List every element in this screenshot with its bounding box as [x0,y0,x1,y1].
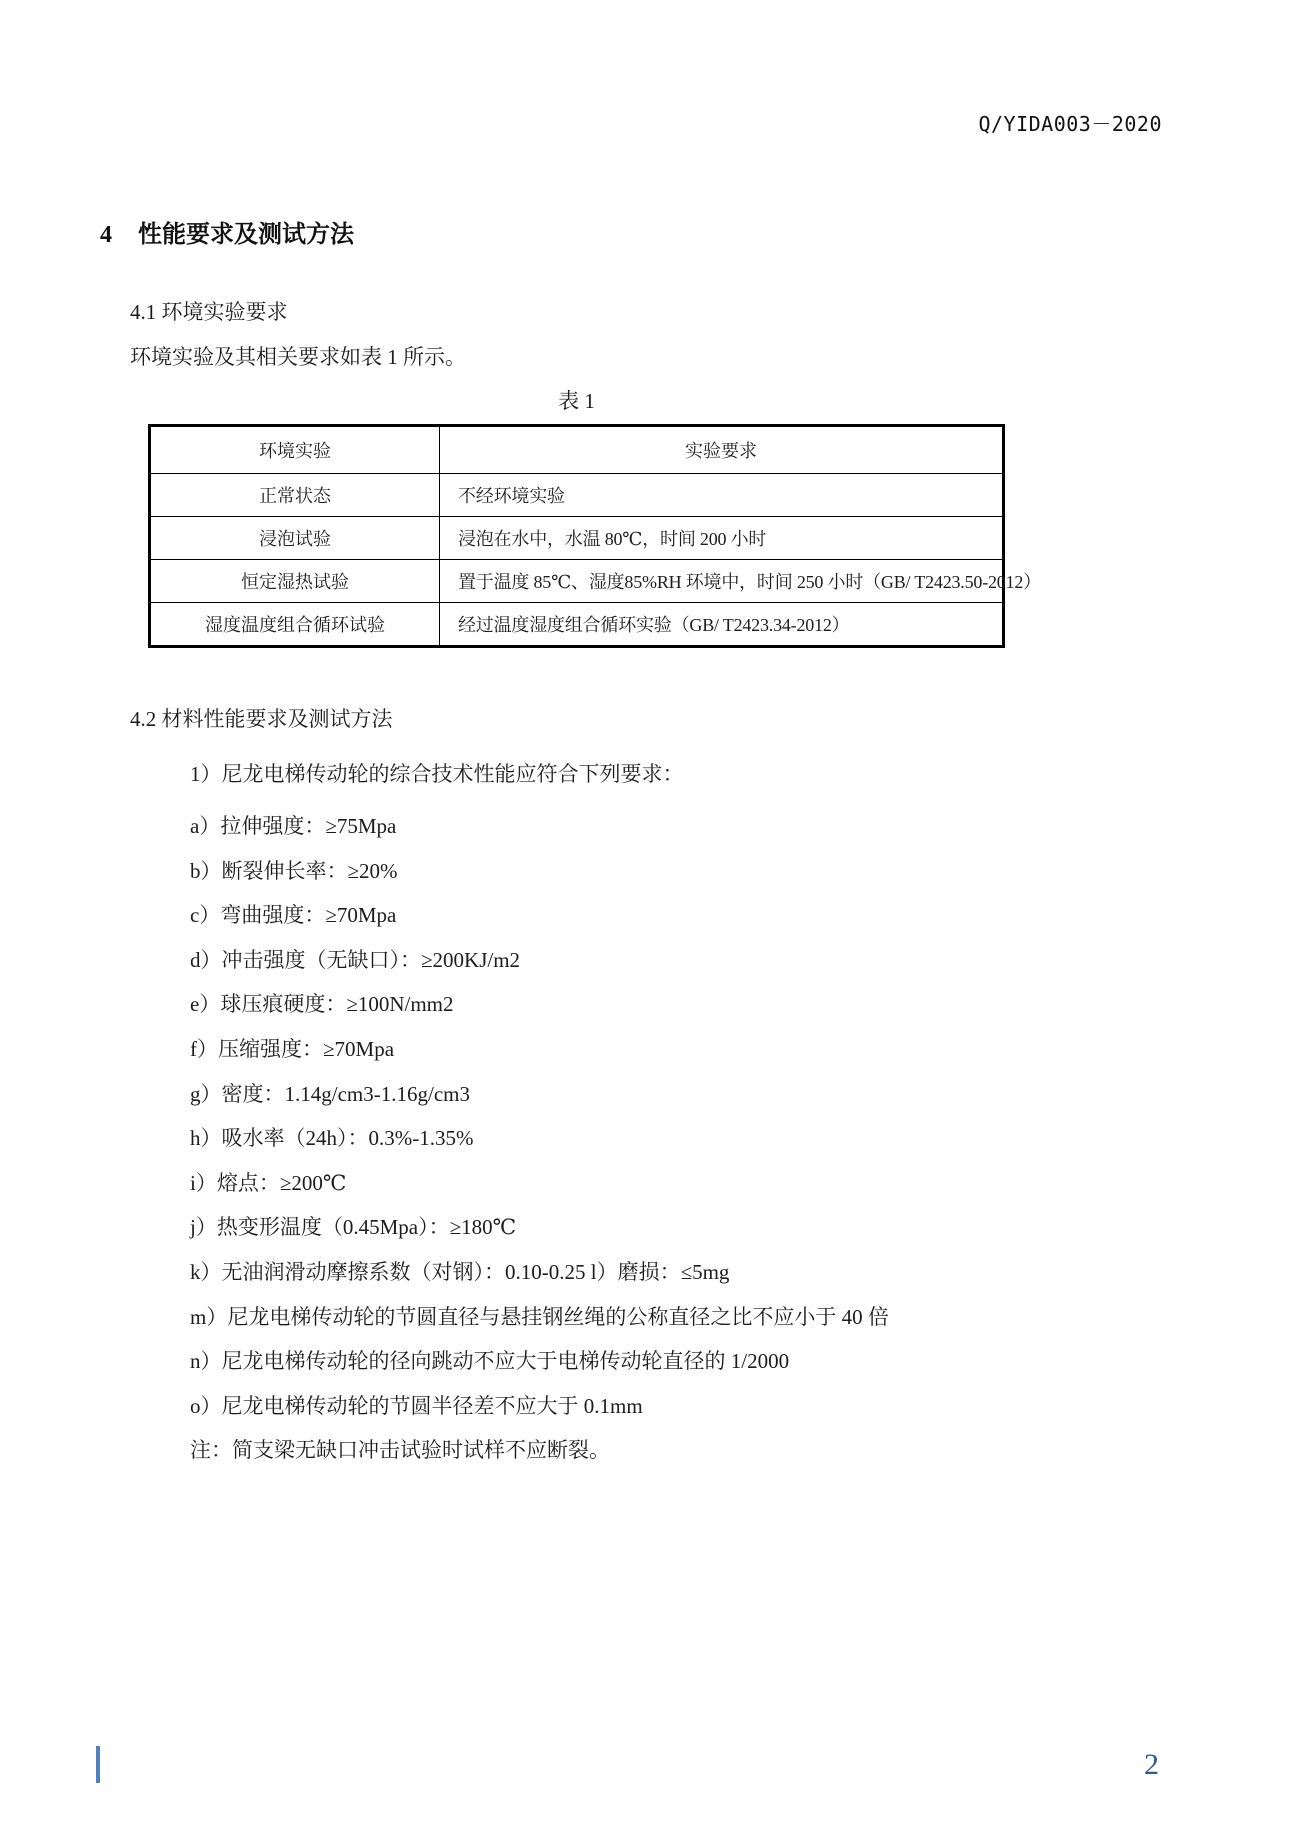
list-item: 注：简支梁无缺口冲击试验时试样不应断裂。 [190,1428,1190,1473]
list-item: b）断裂伸长率：≥20% [190,849,1190,894]
section-4-number: 4 [100,222,112,248]
section-4-1-heading: 4.1 环境实验要求 [130,296,288,326]
table-cell-requirement: 经过温度湿度组合循环实验（GB/ T2423.34-2012） [440,603,1004,647]
page-number: 2 [1144,1748,1159,1782]
list-item: o）尼龙电梯传动轮的节圆半径差不应大于 0.1mm [190,1384,1190,1429]
section-4-2-heading: 4.2 材料性能要求及测试方法 [130,703,393,733]
list-item: j）热变形温度（0.45Mpa）：≥180℃ [190,1205,1190,1250]
section-4-1-intro: 环境实验及其相关要求如表 1 所示。 [130,341,466,371]
footer-accent-bar [96,1746,100,1783]
list-item: a）拉伸强度：≥75Mpa [190,804,1190,849]
table-cell-requirement: 浸泡在水中，水温 80℃，时间 200 小时 [440,517,1004,560]
table-row: 恒定湿热试验 置于温度 85℃、湿度85%RH 环境中，时间 250 小时（GB… [150,560,1004,603]
section-4-title: 性能要求及测试方法 [138,222,354,248]
list-item: f）压缩强度：≥70Mpa [190,1027,1190,1072]
document-page: Q/YIDA003－2020 4性能要求及测试方法 4.1 环境实验要求 环境实… [0,0,1300,1839]
table-cell-test-name: 湿度温度组合循环试验 [150,603,440,647]
table-row: 正常状态 不经环境实验 [150,474,1004,517]
table-cell-test-name: 浸泡试验 [150,517,440,560]
list-item: c）弯曲强度：≥70Mpa [190,893,1190,938]
table-cell-test-name: 正常状态 [150,474,440,517]
list-item: m）尼龙电梯传动轮的节圆直径与悬挂钢丝绳的公称直径之比不应小于 40 倍 [190,1295,1190,1340]
table-header-env-test: 环境实验 [150,426,440,474]
table-row: 浸泡试验 浸泡在水中，水温 80℃，时间 200 小时 [150,517,1004,560]
list-item: i）熔点：≥200℃ [190,1161,1190,1206]
list-item: k）无油润滑动摩擦系数（对钢）：0.10-0.25 l）磨损：≤5mg [190,1250,1190,1295]
environment-test-table: 环境实验 实验要求 正常状态 不经环境实验 浸泡试验 浸泡在水中，水温 80℃，… [148,424,1005,648]
list-item: g）密度：1.14g/cm3-1.16g/cm3 [190,1072,1190,1117]
table-cell-requirement: 置于温度 85℃、湿度85%RH 环境中，时间 250 小时（GB/ T2423… [440,560,1004,603]
section-4-heading: 4性能要求及测试方法 [100,214,354,249]
list-item: e）球压痕硬度：≥100N/mm2 [190,982,1190,1027]
table-cell-requirement: 不经环境实验 [440,474,1004,517]
table-cell-test-name: 恒定湿热试验 [150,560,440,603]
list-item: d）冲击强度（无缺口）：≥200KJ/m2 [190,938,1190,983]
requirement-list: a）拉伸强度：≥75Mpa b）断裂伸长率：≥20% c）弯曲强度：≥70Mpa… [190,804,1190,1473]
list-item: n）尼龙电梯传动轮的径向跳动不应大于电梯传动轮直径的 1/2000 [190,1339,1190,1384]
section-4-2-intro: 1）尼龙电梯传动轮的综合技术性能应符合下列要求： [190,758,684,788]
doc-number-header: Q/YIDA003－2020 [978,108,1162,137]
table-header-row: 环境实验 实验要求 [150,426,1004,474]
list-item: h）吸水率（24h）：0.3%-1.35% [190,1116,1190,1161]
table-header-requirement: 实验要求 [440,426,1004,474]
table-1-caption: 表 1 [148,385,1005,415]
table-row: 湿度温度组合循环试验 经过温度湿度组合循环实验（GB/ T2423.34-201… [150,603,1004,647]
